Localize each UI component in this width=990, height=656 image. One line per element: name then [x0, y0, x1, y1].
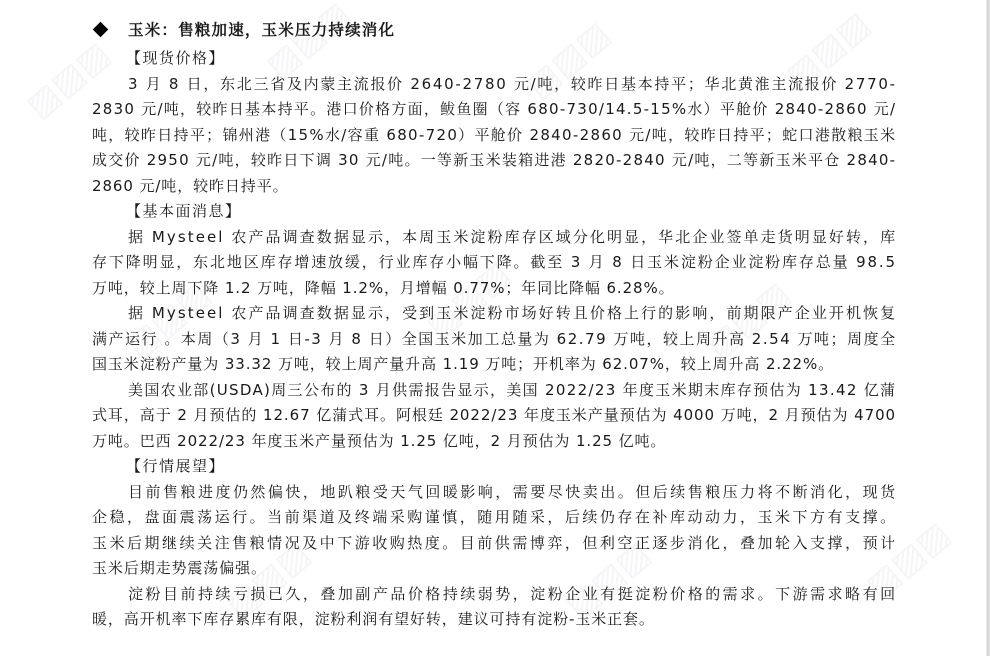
section-title-fundamentals: 【基本面消息】 [92, 199, 896, 225]
section-title-outlook: 【行情展望】 [92, 454, 896, 480]
text-line: 万吨，较上周下降 1.2 万吨，降幅 1.2%，月增幅 0.77%；年同比降幅 … [92, 276, 896, 302]
text-line: 淀粉目前持续亏损已久，叠加副产品价格持续弱势，淀粉企业有挺淀粉价格的需求。下游需… [92, 582, 896, 608]
text-line: 吨，较昨日持平；锦州港（15%水/容重 680-720）平舱价 2840-286… [92, 123, 896, 149]
section-title-spot-price: 【现货价格】 [92, 46, 896, 72]
diamond-bullet-icon [93, 21, 109, 37]
page-edge-divider [986, 0, 990, 656]
text-line: 存下降明显，东北地区库存增速放缓，行业库存小幅下降。截至 3 月 8 日玉米淀粉… [92, 250, 896, 276]
text-line: 据 Mysteel 农产品调查数据显示，本周玉米淀粉库存区域分化明显，华北企业签… [92, 225, 896, 251]
text-line: 满产运行 。本周（3 月 1 日-3 月 8 日）全国玉米加工总量为 62.79… [92, 327, 896, 353]
paragraph-spot-price: 3 月 8 日，东北三省及内蒙主流报价 2640-2780 元/吨，较昨日基本持… [92, 72, 896, 200]
text-line: 玉米后期继续关注售粮情况及中下游收购热度。目前供需博弈，但利空正逐步消化，叠加轮… [92, 531, 896, 557]
text-line: 暖，高开机率下库存累库有限，淀粉利润有望好转，建议可持有淀粉-玉米正套。 [92, 607, 896, 633]
paragraph-processing-volume: 据 Mysteel 农产品调查数据显示，受到玉米淀粉市场好转且价格上行的影响，前… [92, 301, 896, 378]
paragraph-corn-outlook: 目前售粮进度仍然偏快，地趴粮受天气回暖影响，需要尽快卖出。但后续售粮压力将不断消… [92, 480, 896, 582]
text-line: 企稳，盘面震荡运行。当前渠道及终端采购谨慎，随用随采，后续仍存在补库动动力，玉米… [92, 505, 896, 531]
text-line: 3 月 8 日，东北三省及内蒙主流报价 2640-2780 元/吨，较昨日基本持… [92, 72, 896, 98]
text-line: 2860 元/吨，较昨日持平。 [92, 174, 896, 200]
text-line: 国玉米淀粉产量为 33.32 万吨，较上周产量升高 1.19 万吨；开机率为 6… [92, 352, 896, 378]
text-line: 成交价 2950 元/吨，较昨日下调 30 元/吨。一等新玉米装箱进港 2820… [92, 148, 896, 174]
document-page: ▨▨▨ ▨▨▨ ▨▨▨ ▨▨▨ ▨▨▨ ▨▨▨ ▨▨▨ ▨▨▨ ▨▨▨ ▨▨▨ … [0, 0, 986, 656]
paragraph-starch-outlook: 淀粉目前持续亏损已久，叠加副产品价格持续弱势，淀粉企业有挺淀粉价格的需求。下游需… [92, 582, 896, 633]
section-heading: 玉米：售粮加速，玉米压力持续消化 [92, 14, 896, 44]
text-line: 玉米后期走势震荡偏强。 [92, 556, 896, 582]
paragraph-usda-report: 美国农业部(USDA)周三公布的 3 月供需报告显示，美国 2022/23 年度… [92, 378, 896, 455]
text-line: 万吨。巴西 2022/23 年度玉米产量预估为 1.25 亿吨，2 月预估为 1… [92, 429, 896, 455]
text-line: 据 Mysteel 农产品调查数据显示，受到玉米淀粉市场好转且价格上行的影响，前… [92, 301, 896, 327]
text-line: 2830 元/吨，较昨日基本持平。港口价格方面，鲅鱼圈（容 680-730/14… [92, 97, 896, 123]
text-line: 式耳，高于 2 月预估的 12.67 亿蒲式耳。阿根廷 2022/23 年度玉米… [92, 403, 896, 429]
report-content: 玉米：售粮加速，玉米压力持续消化 【现货价格】 3 月 8 日，东北三省及内蒙主… [92, 14, 896, 633]
paragraph-starch-inventory: 据 Mysteel 农产品调查数据显示，本周玉米淀粉库存区域分化明显，华北企业签… [92, 225, 896, 302]
heading-title: 玉米：售粮加速，玉米压力持续消化 [128, 18, 395, 40]
text-line: 美国农业部(USDA)周三公布的 3 月供需报告显示，美国 2022/23 年度… [92, 378, 896, 404]
text-line: 目前售粮进度仍然偏快，地趴粮受天气回暖影响，需要尽快卖出。但后续售粮压力将不断消… [92, 480, 896, 506]
